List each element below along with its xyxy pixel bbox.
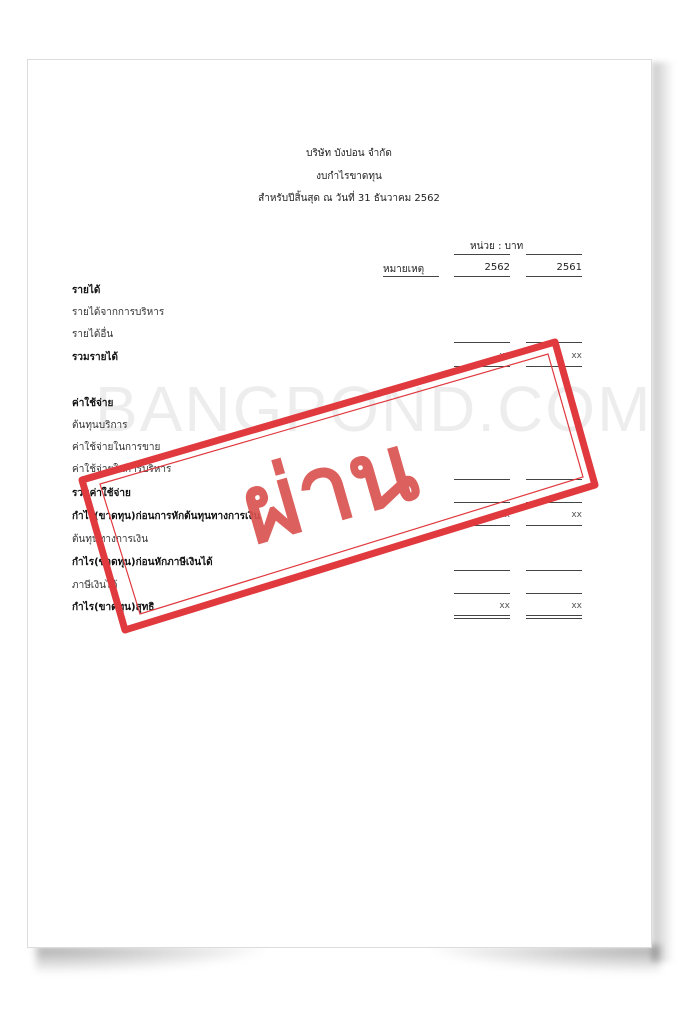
row-label: รายได้ xyxy=(72,283,100,298)
row-label: กำไร(ขาดทุน)สุทธิ xyxy=(72,600,154,615)
subtotal-rule xyxy=(526,502,582,503)
subtotal-rule xyxy=(454,342,510,343)
header-rule-prior xyxy=(526,254,582,255)
column-header-note: หมายเหตุ xyxy=(383,262,424,277)
row-label: รายได้จากการบริหาร xyxy=(72,305,164,320)
row-label: รวมรายได้ xyxy=(72,350,118,365)
row-value-current: xx xyxy=(454,351,510,361)
statement-period: สำหรับปีสิ้นสุด ณ วันที่ 31 ธันวาคม 2562 xyxy=(0,191,698,206)
company-name: บริษัท บังปอน จำกัด xyxy=(0,146,698,161)
subtotal-rule xyxy=(526,342,582,343)
subtotal-rule xyxy=(526,479,582,480)
column-header-current-year: 2562 xyxy=(454,262,510,273)
subtotal-rule xyxy=(454,366,510,367)
row-label: ต้นทุนทางการเงิน xyxy=(72,532,148,547)
row-label: ค่าใช้จ่ายในการบริหาร xyxy=(72,462,171,477)
row-value-current: xx xyxy=(454,601,510,611)
column-rule-prior xyxy=(526,276,582,277)
header-rule-current xyxy=(454,254,510,255)
row-label: รวมค่าใช้จ่าย xyxy=(72,486,131,501)
row-label: ค่าใช้จ่าย xyxy=(72,396,113,411)
row-label: ค่าใช้จ่ายในการขาย xyxy=(72,440,160,455)
subtotal-rule xyxy=(454,593,510,594)
subtotal-rule xyxy=(526,366,582,367)
statement-title: งบกำไรขาดทุน xyxy=(0,169,698,184)
row-value-current: xx xyxy=(454,510,510,520)
row-value-prior: xx xyxy=(526,601,582,611)
unit-label: หน่วย : บาท xyxy=(470,239,523,254)
page-shadow-bottom-left xyxy=(36,946,276,974)
subtotal-rule xyxy=(454,570,510,571)
subtotal-rule xyxy=(454,525,510,526)
column-header-prior-year: 2561 xyxy=(526,262,582,273)
row-label: กำไร(ขาดทุน)ก่อนหักภาษีเงินได้ xyxy=(72,555,213,570)
subtotal-rule xyxy=(454,479,510,480)
row-label: กำไร(ขาดทุน)ก่อนการหักต้นทุนทางการเงิน xyxy=(72,509,260,524)
subtotal-rule xyxy=(526,593,582,594)
subtotal-rule xyxy=(526,525,582,526)
total-double-rule xyxy=(526,615,582,616)
row-value-prior: xx xyxy=(526,510,582,520)
row-label: รายได้อื่น xyxy=(72,327,113,342)
column-rule-current xyxy=(454,276,510,277)
page-shadow-bottom-right xyxy=(420,946,660,974)
row-value-prior: xx xyxy=(526,351,582,361)
subtotal-rule xyxy=(454,502,510,503)
total-double-rule xyxy=(454,615,510,616)
watermark: BANGPOND.COM xyxy=(95,372,652,446)
subtotal-rule xyxy=(526,570,582,571)
column-rule-note xyxy=(383,276,439,277)
row-label: ภาษีเงินได้ xyxy=(72,578,117,593)
row-label: ต้นทุนบริการ xyxy=(72,418,128,433)
